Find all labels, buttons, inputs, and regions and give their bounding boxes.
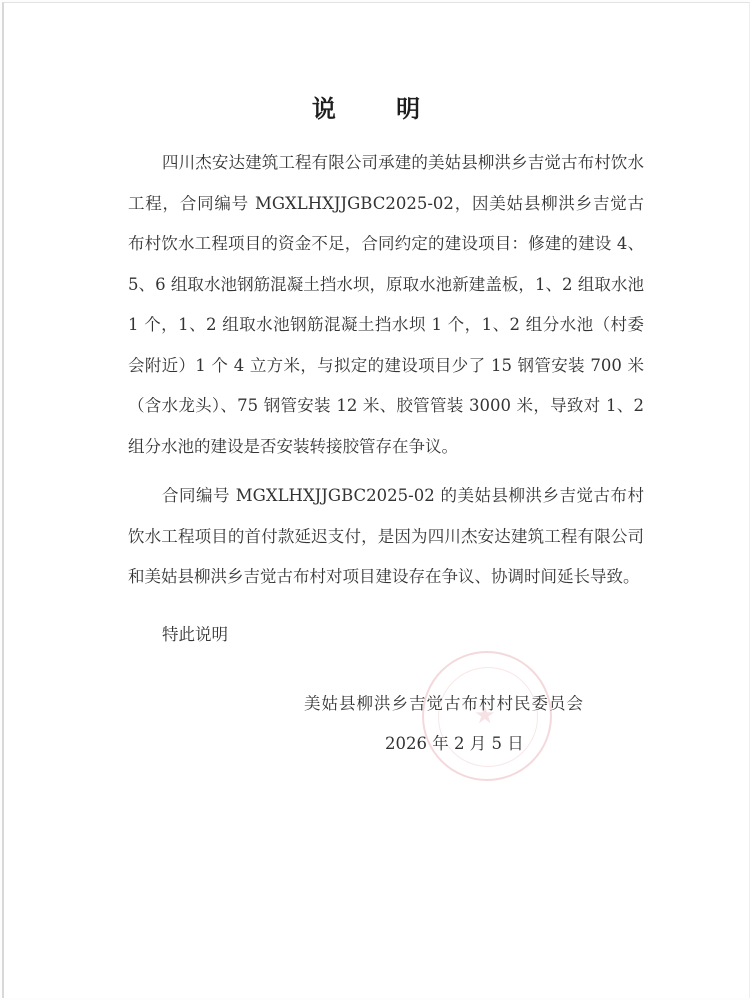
signatory: 美姑县柳洪乡吉觉古布村村民委员会	[304, 690, 634, 714]
document-page: 说 明 四川杰安达建筑工程有限公司承建的美姑县柳洪乡吉觉古布村饮水工程，合同编号…	[2, 2, 750, 998]
document-date: 2026 年 2 月 5 日	[385, 730, 524, 754]
closing-statement: 特此说明	[128, 615, 644, 656]
paragraph-2: 合同编号 MGXLHXJJGBC2025-02 的美姑县柳洪乡吉觉古布村饮水工程…	[128, 476, 644, 598]
document-title: 说 明	[4, 89, 750, 124]
paragraph-1: 四川杰安达建筑工程有限公司承建的美姑县柳洪乡吉觉古布村饮水工程，合同编号 MGX…	[128, 143, 644, 467]
official-seal-icon: ★	[422, 651, 552, 781]
